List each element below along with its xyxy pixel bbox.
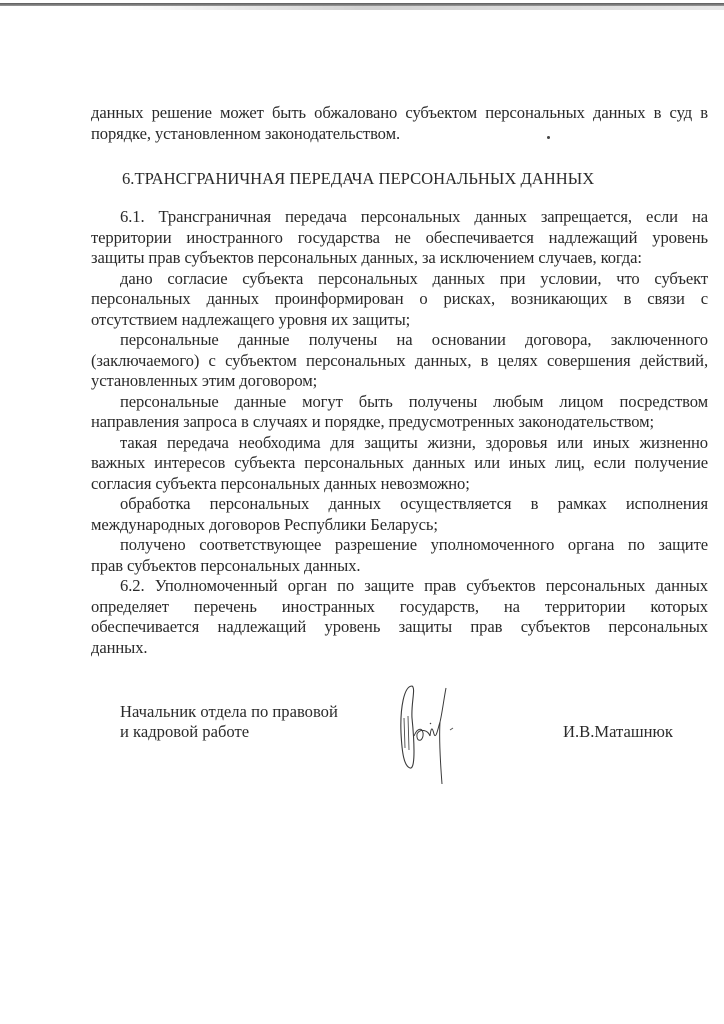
scan-speck	[547, 136, 550, 139]
text-line: персональные данные получены на основани…	[91, 330, 708, 351]
text-line: персональные данные могут быть получены …	[91, 392, 708, 413]
text-line: обеспечивается надлежащий уровень защиты…	[91, 617, 708, 638]
text-line: данных.	[91, 638, 708, 659]
position-line: и кадровой работе	[120, 722, 338, 742]
text-line: согласия субъекта персональных данных не…	[91, 474, 708, 495]
text-line: отсутствием надлежащего уровня их защиты…	[91, 310, 708, 331]
handwritten-signature-icon	[390, 678, 480, 793]
intro-paragraph: данных решение может быть обжаловано суб…	[91, 103, 708, 144]
text-line: установленных этим договором;	[91, 371, 708, 392]
exception-international-treaties: обработка персональных данных осуществля…	[91, 494, 708, 535]
text-line: такая передача необходима для защиты жиз…	[91, 433, 708, 454]
text-line: международных договоров Республики Белар…	[91, 515, 708, 536]
text-line: обработка персональных данных осуществля…	[91, 494, 708, 515]
section-title: 6.ТРАНСГРАНИЧНАЯ ПЕРЕДАЧА ПЕРСОНАЛЬНЫХ Д…	[122, 169, 594, 189]
text-line: определяет перечень иностранных государс…	[91, 597, 708, 618]
exception-authorization: получено соответствующее разрешение упол…	[91, 535, 708, 576]
signer-name: И.В.Маташнюк	[563, 722, 673, 742]
text-line: 6.2. Уполномоченный орган по защите прав…	[91, 576, 708, 597]
text-line: важных интересов субъекта персональных д…	[91, 453, 708, 474]
text-line: направления запроса в случаях и порядке,…	[91, 412, 708, 433]
text-line: получено соответствующее разрешение упол…	[91, 535, 708, 556]
text-line: защиты прав субъектов персональных данны…	[91, 248, 708, 269]
scan-shadow	[120, 6, 724, 10]
text-line: 6.1. Трансграничная передача персональны…	[91, 207, 708, 228]
position-line: Начальник отдела по правовой	[120, 702, 338, 722]
exception-consent: дано согласие субъекта персональных данн…	[91, 269, 708, 331]
exception-request: персональные данные могут быть получены …	[91, 392, 708, 433]
text-line: прав субъектов персональных данных.	[91, 556, 708, 577]
section-body: 6.1. Трансграничная передача персональны…	[91, 207, 708, 658]
exception-vital-interests: такая передача необходима для защиты жиз…	[91, 433, 708, 495]
text-line: территории иностранного государства не о…	[91, 228, 708, 249]
exception-contract: персональные данные получены на основани…	[91, 330, 708, 392]
text-line: (заключаемого) с субъектом персональных …	[91, 351, 708, 372]
paragraph-6-1: 6.1. Трансграничная передача персональны…	[91, 207, 708, 269]
text-line: порядке, установленном законодательством…	[91, 124, 708, 145]
text-line: дано согласие субъекта персональных данн…	[91, 269, 708, 290]
signatory-position: Начальник отдела по правовой и кадровой …	[120, 702, 338, 742]
text-line: персональных данных проинформирован о ри…	[91, 289, 708, 310]
text-line: данных решение может быть обжаловано суб…	[91, 103, 708, 124]
paragraph-6-2: 6.2. Уполномоченный орган по защите прав…	[91, 576, 708, 658]
